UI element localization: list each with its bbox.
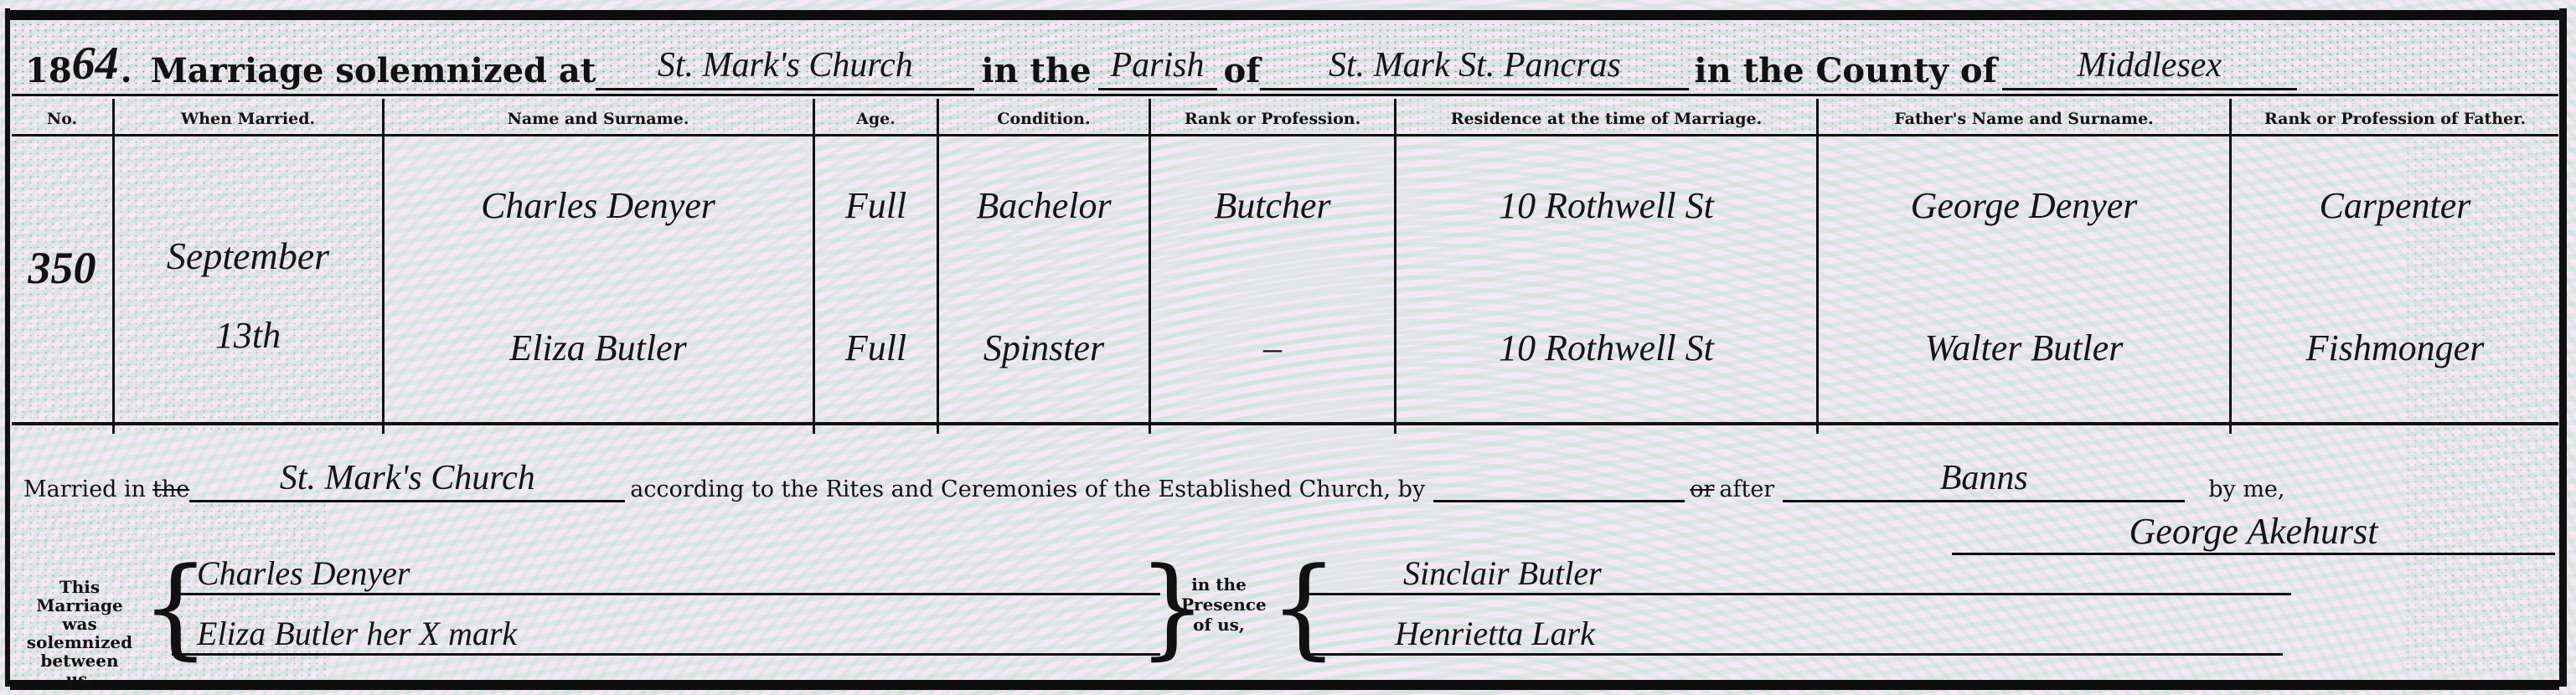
county-field: Middlesex bbox=[2002, 43, 2297, 90]
married-in-line: Married in the St. Mark's Church accordi… bbox=[23, 452, 2553, 502]
column-divider bbox=[1816, 99, 1819, 434]
parish-word-field: Parish bbox=[1098, 43, 1217, 90]
label-of: of bbox=[1224, 51, 1261, 90]
bride-name: Eliza Butler bbox=[384, 318, 813, 377]
label-by-me: by me, bbox=[2208, 476, 2284, 502]
groom-father-rank: Carpenter bbox=[2232, 176, 2558, 234]
col-head-father-rank: Rank or Profession of Father. bbox=[2232, 102, 2558, 136]
bride-age: Full bbox=[815, 318, 937, 377]
party-1-signature: Charles Denyer bbox=[172, 544, 1160, 595]
witness-1-signature: Sinclair Butler bbox=[1303, 544, 2291, 595]
witness-2-signature: Henrietta Lark bbox=[1303, 605, 2283, 656]
column-divider bbox=[2229, 99, 2232, 434]
label-rites: according to the Rites and Ceremonies of… bbox=[630, 476, 1425, 502]
groom-condition: Bachelor bbox=[939, 176, 1149, 234]
column-divider bbox=[937, 99, 939, 434]
year-suffix: 64 bbox=[72, 37, 119, 90]
church-name-field: St. Mark's Church bbox=[596, 43, 974, 90]
by-licence-blank bbox=[1433, 500, 1685, 502]
column-divider bbox=[382, 99, 385, 434]
column-divider bbox=[1149, 99, 1151, 434]
col-head-residence: Residence at the time of Marriage. bbox=[1396, 102, 1816, 136]
label-after: after bbox=[1719, 476, 1774, 502]
year-prefix: 18 bbox=[25, 51, 72, 90]
label-solemnized-between: This Marriage was solemnized between us, bbox=[25, 578, 134, 688]
groom-father-name: George Denyer bbox=[1819, 176, 2229, 234]
label-the-struck: the bbox=[152, 476, 189, 502]
label-married-in: Married in bbox=[23, 476, 146, 502]
parish-name-field: St. Mark St. Pancras bbox=[1260, 43, 1689, 90]
bride-father-name: Walter Butler bbox=[1819, 318, 2229, 377]
register-title-row: 18 64 . Marriage solemnized at St. Mark'… bbox=[25, 32, 2555, 90]
entry-bottom-rule bbox=[12, 422, 2558, 425]
entry-number: 350 bbox=[12, 234, 112, 301]
groom-age: Full bbox=[815, 176, 937, 234]
col-head-age: Age. bbox=[815, 102, 937, 136]
title-rule bbox=[12, 94, 2558, 96]
year-dot: . bbox=[121, 51, 132, 90]
bride-residence: 10 Rothwell St bbox=[1396, 318, 1816, 377]
header-rule bbox=[12, 134, 2558, 136]
border-right bbox=[2559, 8, 2567, 687]
border-left bbox=[5, 8, 10, 687]
bride-condition: Spinster bbox=[939, 318, 1149, 377]
label-in-the: in the bbox=[981, 51, 1091, 90]
column-divider bbox=[813, 99, 815, 434]
border-top bbox=[10, 10, 2559, 20]
groom-name: Charles Denyer bbox=[384, 176, 813, 234]
col-head-no: No. bbox=[12, 102, 112, 136]
label-in-presence: in the Presence of us, bbox=[1181, 574, 1257, 635]
col-head-name: Name and Surname. bbox=[384, 102, 813, 136]
groom-rank: Butcher bbox=[1151, 176, 1394, 234]
married-day: 13th bbox=[114, 310, 382, 360]
column-divider bbox=[1394, 99, 1396, 434]
border-bottom bbox=[10, 680, 2559, 690]
banns-field: Banns bbox=[1783, 456, 2185, 502]
label-marriage-solemnized: Marriage solemnized at bbox=[151, 51, 596, 90]
label-county: in the County of bbox=[1694, 51, 1996, 90]
col-head-when-married: When Married. bbox=[114, 102, 382, 136]
bride-rank: – bbox=[1151, 318, 1394, 377]
party-2-signature: Eliza Butler her X mark bbox=[172, 605, 1160, 656]
col-head-condition: Condition. bbox=[939, 102, 1149, 136]
married-month: September bbox=[114, 226, 382, 285]
bride-father-rank: Fishmonger bbox=[2232, 318, 2558, 377]
col-head-father-name: Father's Name and Surname. bbox=[1819, 102, 2229, 136]
groom-residence: 10 Rothwell St bbox=[1396, 176, 1816, 234]
label-or-struck: or bbox=[1690, 476, 1714, 502]
col-head-rank: Rank or Profession. bbox=[1151, 102, 1394, 136]
married-in-place-field: St. Mark's Church bbox=[189, 456, 625, 502]
